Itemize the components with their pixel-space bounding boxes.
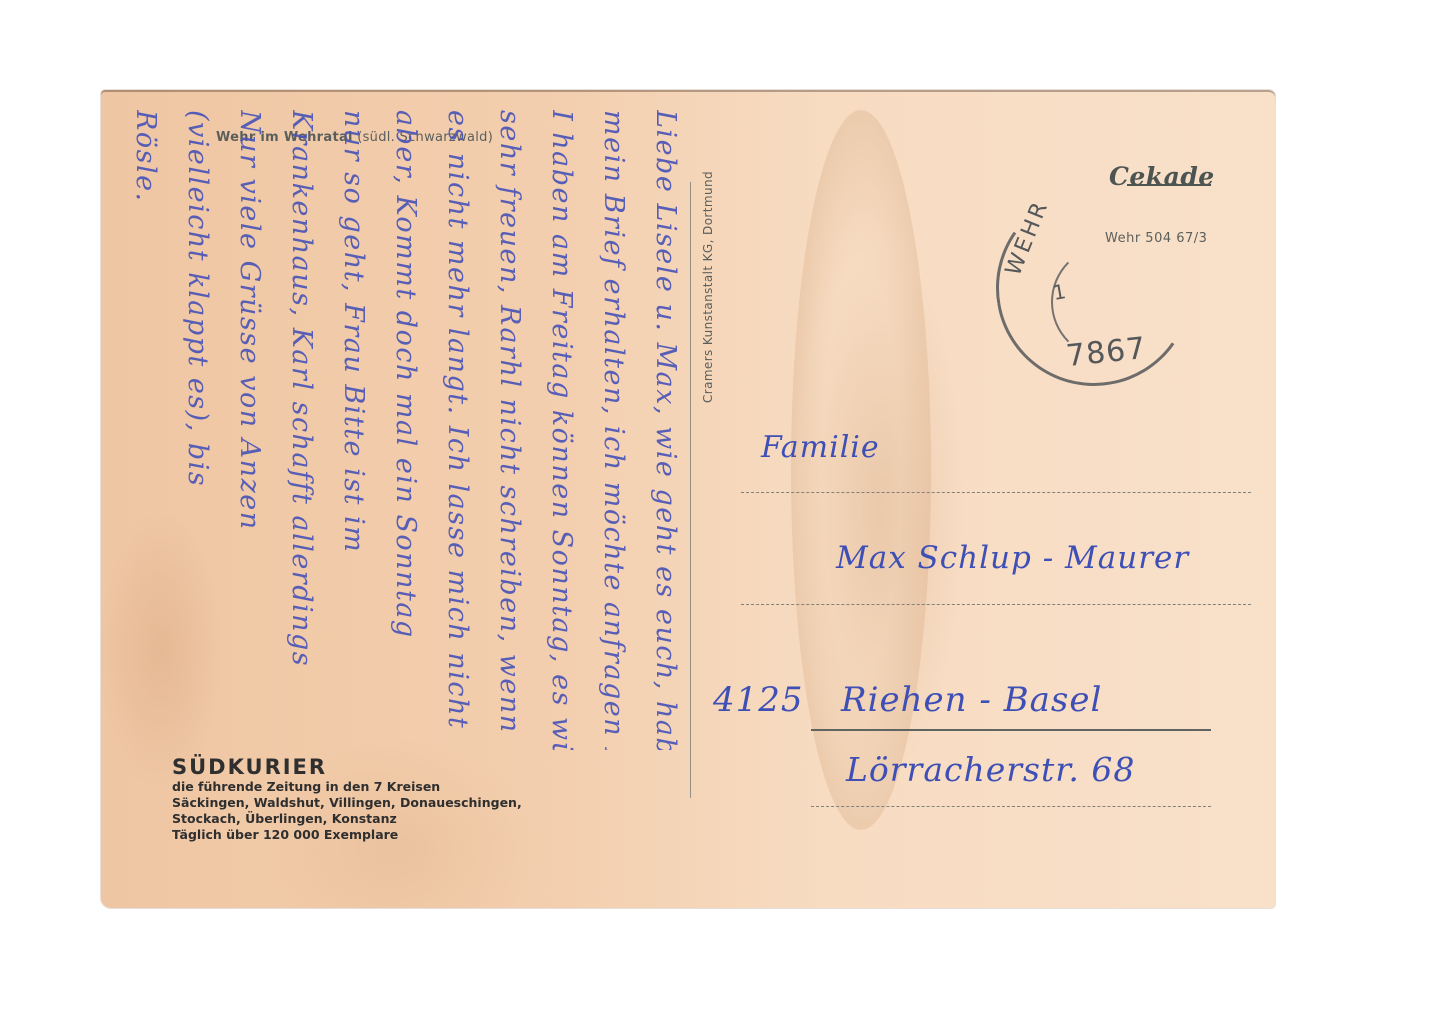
address-street: Lörracherstr. 68 [846, 750, 1135, 789]
message-line: Liebe Lisele u. Max, wie geht es euch, h… [639, 110, 691, 750]
ad-line: Säckingen, Waldshut, Villingen, Donauesc… [172, 795, 522, 811]
scan-page: Wehr im Wehratal (südl. Schwarzwald) Lie… [0, 0, 1445, 1009]
message-line: mein Brief erhalten, ich möchte anfragen… [587, 110, 639, 750]
message-line: Nur viele Grüsse von Anzen [223, 110, 275, 750]
handwritten-message: Liebe Lisele u. Max, wie geht es euch, h… [111, 110, 691, 750]
ad-line: Täglich über 120 000 Exemplare [172, 827, 522, 843]
address-city: Riehen - Basel [841, 680, 1102, 720]
address-line-1: Familie [761, 430, 880, 465]
brand-logo: Cekade [1109, 162, 1215, 191]
address-rule-street [811, 806, 1211, 807]
address-rule-2 [741, 604, 1251, 605]
message-line: aber, Kommt doch mal ein Sonntag [379, 110, 431, 750]
ad-title: SÜDKURIER [172, 755, 522, 779]
address-rule-1 [741, 492, 1251, 493]
postcard: Wehr im Wehratal (südl. Schwarzwald) Lie… [101, 90, 1275, 908]
ad-line: die führende Zeitung in den 7 Kreisen [172, 779, 522, 795]
address-rule-city [811, 729, 1211, 731]
message-line: Rösle. [119, 110, 171, 750]
message-line: Krankenhaus, Karl schafft allerdings [275, 110, 327, 750]
address-postal-code: 4125 [713, 680, 804, 720]
center-divider [690, 182, 691, 798]
address-block: Familie Max Schlup - Maurer 4125 Riehen … [711, 430, 1271, 850]
ad-line: Stockach, Überlingen, Konstanz [172, 811, 522, 827]
message-line: nur so geht, Frau Bitte ist im [327, 110, 379, 750]
message-line: sehr freuen, Rarhl nicht schreiben, wenn [483, 110, 535, 750]
message-lines: Liebe Lisele u. Max, wie geht es euch, h… [111, 110, 691, 750]
address-line-2: Max Schlup - Maurer [836, 540, 1189, 576]
newspaper-advertisement: SÜDKURIER die führende Zeitung in den 7 … [172, 755, 522, 843]
message-line: es nicht mehr langt. Ich lasse mich nich… [431, 110, 483, 750]
message-line: (vielleicht klappt es), bis [171, 110, 223, 750]
message-line: I haben am Freitag können Sonntag, es wü… [535, 110, 587, 750]
